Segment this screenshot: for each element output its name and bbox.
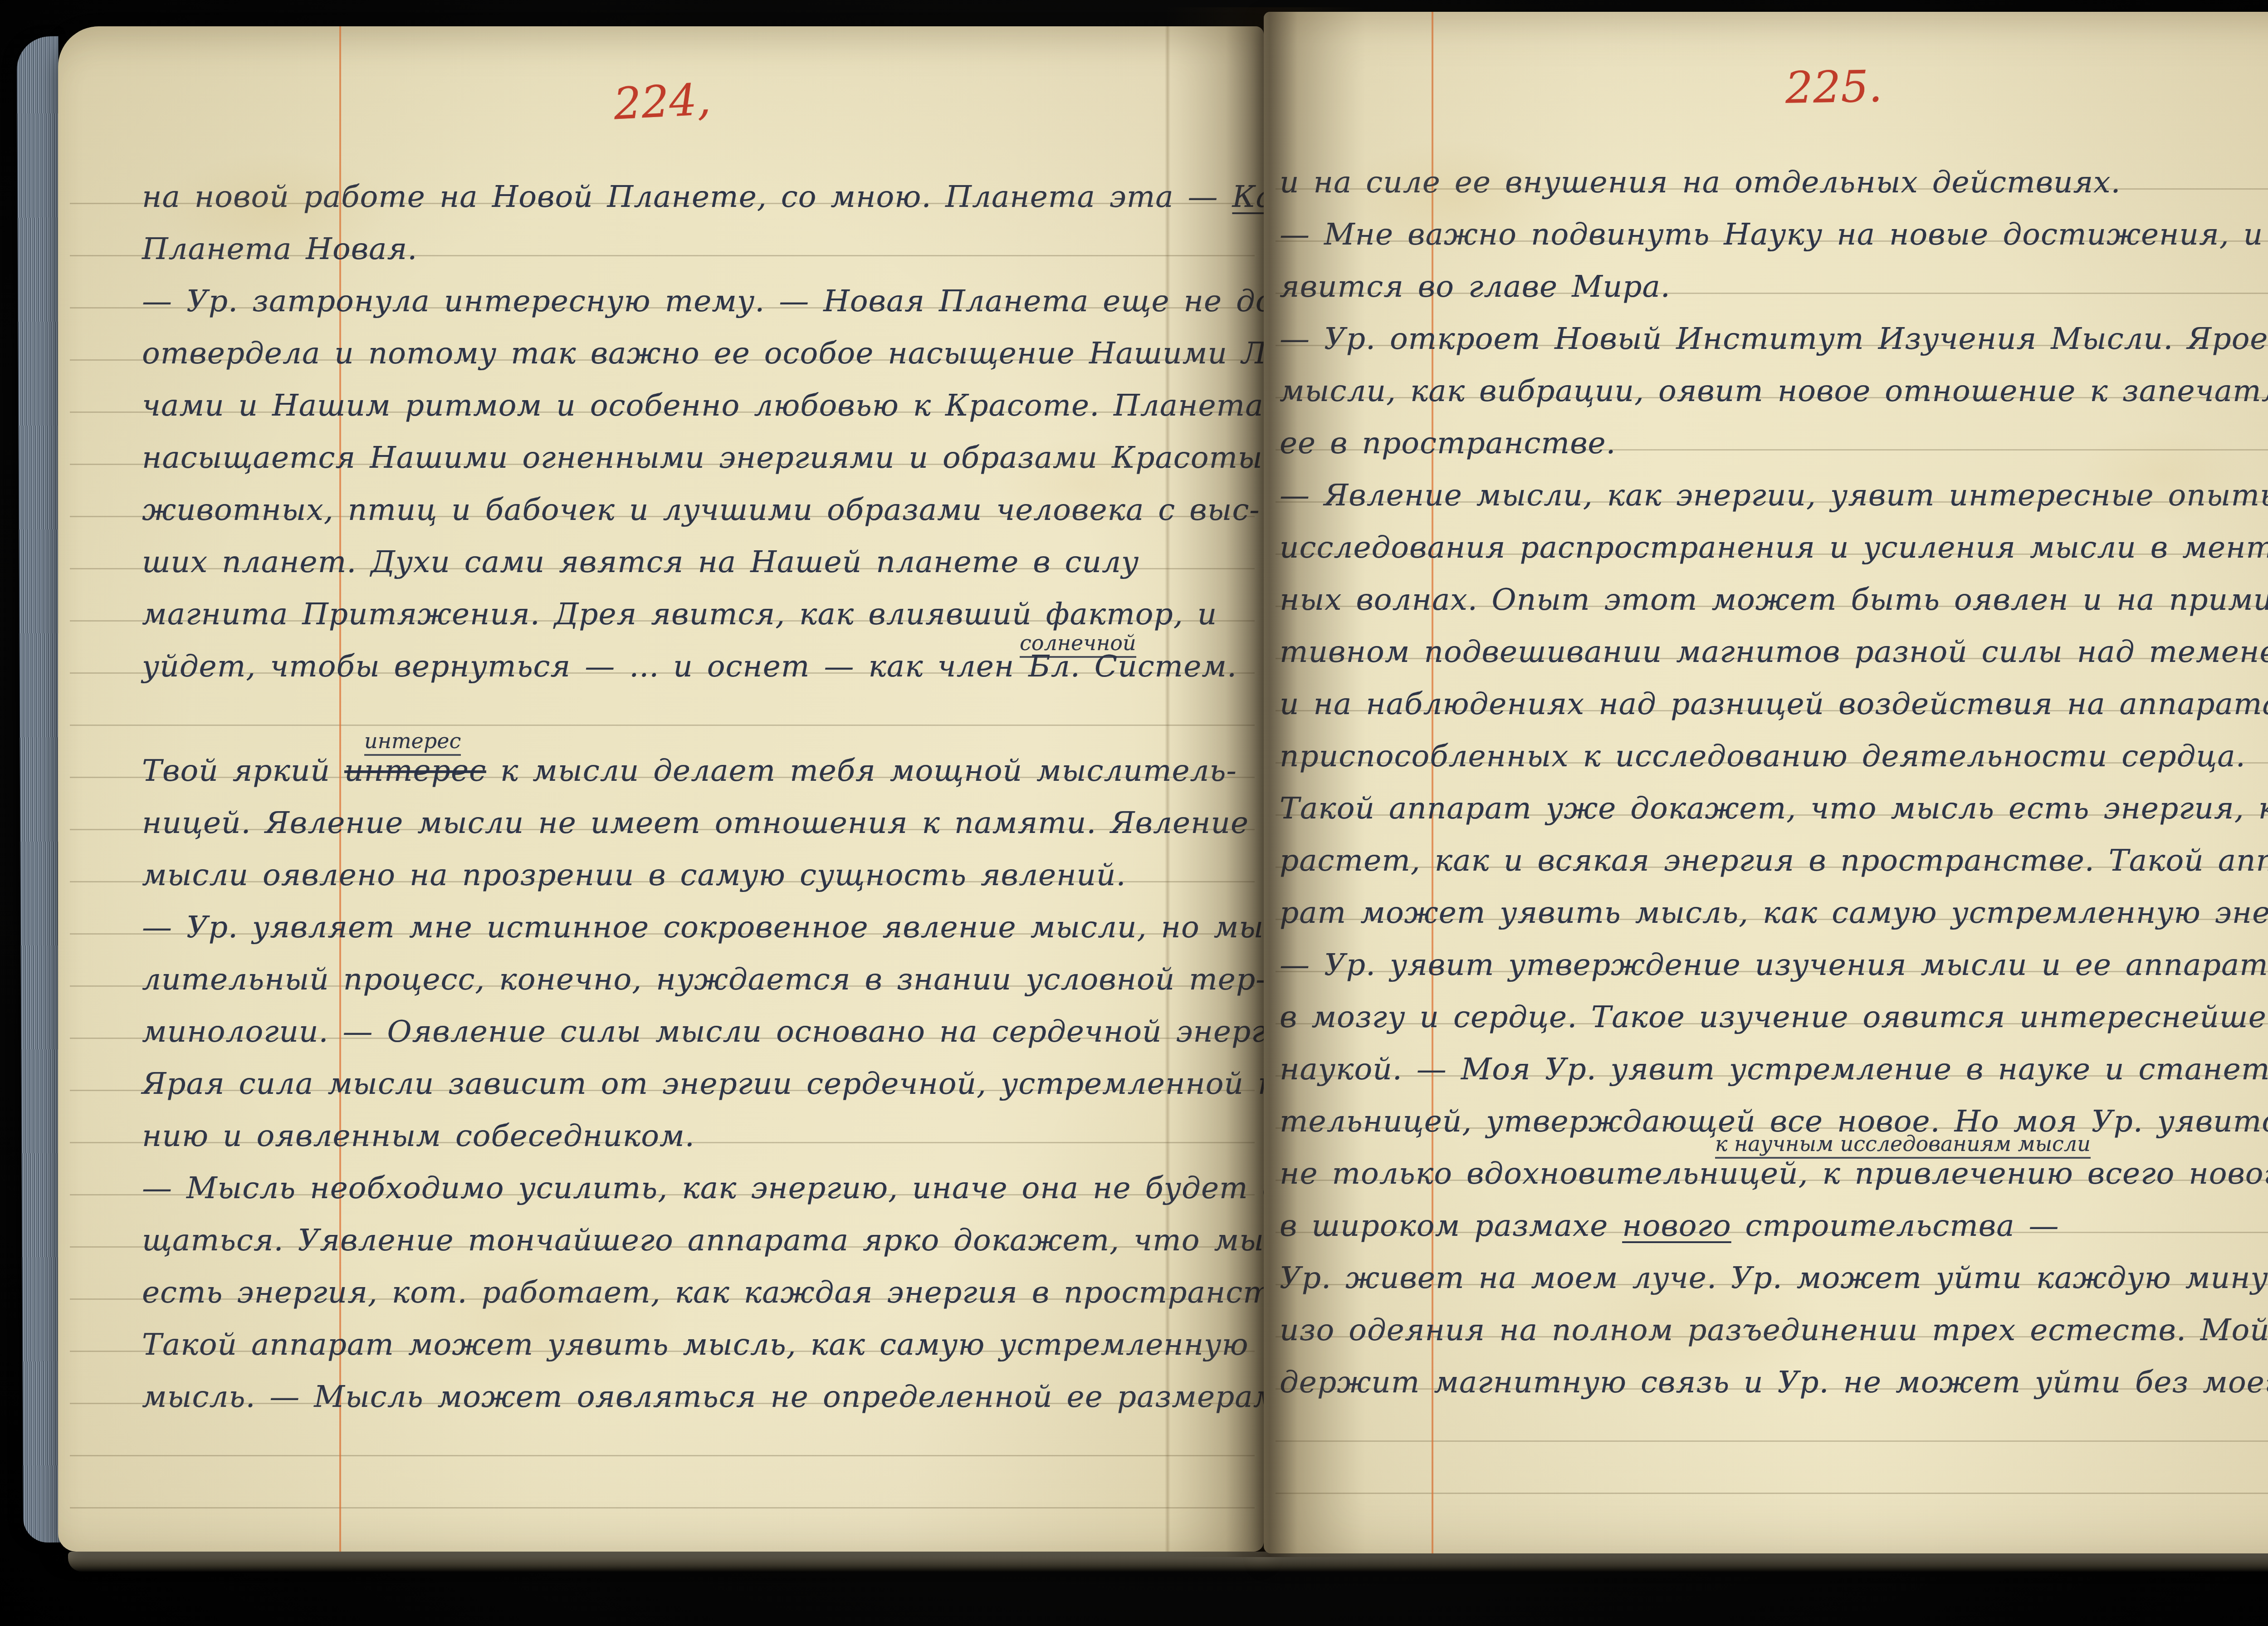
handwriting-left: на новой работе на Новой Планете, со мно… [58,26,1264,1552]
handwritten-line: приспособленных к исследованию деятельно… [1280,740,2268,773]
handwritten-line: — Мысль необходимо усилить, как энергию,… [142,1172,1256,1205]
interlinear-insertion: солнечной [1020,632,1136,658]
handwritten-line: растет, как и всякая энергия в пространс… [1280,844,2268,877]
handwritten-line: щаться. Уявление тончайшего аппарата ярк… [142,1224,1256,1257]
handwritten-line: исследования распространения и усиления … [1280,531,2268,564]
handwritten-line: и на наблюдениях над разницей воздействи… [1280,688,2268,721]
handwritten-line: лительный процесс, конечно, нуждается в … [142,963,1256,996]
handwritten-line: в широком размахе нового строительства — [1280,1210,2268,1243]
handwritten-line: на новой работе на Новой Планете, со мно… [142,181,1256,214]
handwritten-line: Такой аппарат может уявить мысль, как са… [142,1328,1256,1362]
handwritten-line: Твой яркий интерес к мысли делает тебя м… [142,754,1256,788]
left-page: 224, на новой работе на Новой Планете, с… [58,26,1264,1552]
handwritten-line: отвердела и потому так важно ее особое н… [142,337,1256,370]
handwritten-line: и на силе ее внушения на отдельных дейст… [1280,166,2268,199]
handwritten-line: чами и Нашим ритмом и особенно любовью к… [142,389,1256,422]
handwritten-line: — Ур. откроет Новый Институт Изучения Мы… [1280,323,2268,356]
handwriting-right: и на силе ее внушения на отдельных дейст… [1264,12,2268,1553]
handwritten-line: Планета Новая. [142,233,1256,266]
handwritten-line: — Ур. уявит утверждение изучения мысли и… [1280,949,2268,982]
interlinear-insertion: к научным исследованиям мысли [1715,1133,2091,1159]
handwritten-line: явится во главе Мира. [1280,270,2268,304]
handwritten-line: рат может уявить мысль, как самую устрем… [1280,896,2268,930]
handwritten-line: ших планет. Духи сами явятся на Нашей пл… [142,546,1256,579]
handwritten-line: — Ур. уявляет мне истинное сокровенное я… [142,911,1256,944]
right-page: 225. 118 и на силе ее внушения на отдель… [1264,12,2268,1553]
handwritten-line: — Ур. затронула интересную тему. — Новая… [142,285,1256,318]
interlinear-insertion: интерес [364,730,461,756]
handwritten-line: ницей. Явление мысли не имеет отношения … [142,807,1256,840]
handwritten-line: ее в пространстве. [1280,427,2268,460]
handwritten-line: наукой. — Моя Ур. уявит устремление в на… [1280,1053,2268,1086]
handwritten-line: Ур. живет на моем луче. Ур. может уйти к… [1280,1262,2268,1295]
handwritten-line: животных, птиц и бабочек и лучшими образ… [142,494,1256,527]
handwritten-line: не только вдохновительницей, к привлечен… [1280,1157,2268,1190]
handwritten-line: — Явление мысли, как энергии, уявит инте… [1280,479,2268,512]
handwritten-line: нию и оявленным собеседником. [142,1120,1256,1153]
handwritten-line: Такой аппарат уже докажет, что мысль ест… [1280,792,2268,825]
handwritten-line: мысли, как вибрации, оявит новое отношен… [1280,375,2268,408]
handwritten-line: в мозгу и сердце. Такое изучение оявится… [1280,1001,2268,1034]
handwritten-line: тивном подвешивании магнитов разной силы… [1280,636,2268,669]
photographed-notebook-spread: 224, на новой работе на Новой Планете, с… [0,0,2268,1626]
handwritten-line: мысли оявлено на прозрении в самую сущно… [142,859,1256,892]
handwritten-line: есть энергия, кот. работает, как каждая … [142,1276,1256,1309]
handwritten-line: ных волнах. Опыт этот может быть оявлен … [1280,583,2268,617]
handwritten-line: мысль. — Мысль может оявляться не опреде… [142,1381,1256,1414]
handwritten-line: держит магнитную связь и Ур. не может уй… [1280,1366,2268,1399]
handwritten-line: — Мне важно подвинуть Науку на новые дос… [1280,218,2268,251]
handwritten-line: насыщается Нашими огненными энергиями и … [142,441,1256,475]
handwritten-line: изо одеяния на полном разъединении трех … [1280,1314,2268,1347]
handwritten-line: магнита Притяжения. Дрея явится, как вли… [142,598,1256,631]
bottom-page-edges [68,1552,2268,1572]
handwritten-line: Ярая сила мысли зависит от энергии серде… [142,1068,1256,1101]
handwritten-line: минологии. — Оявление силы мысли основан… [142,1015,1256,1048]
